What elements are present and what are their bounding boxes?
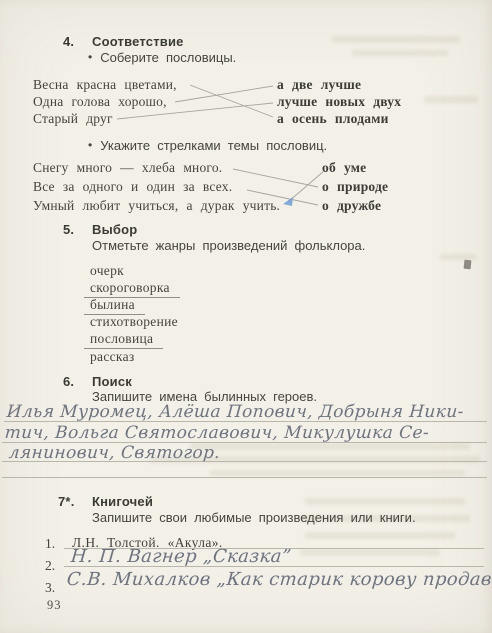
match1-left-item[interactable]: Одна голова хорошо, xyxy=(33,94,167,110)
match2-left-item[interactable]: Снегу много — хлеба много. xyxy=(33,160,222,176)
section-5-number: 5. xyxy=(63,222,74,237)
bleed-through-mark xyxy=(305,532,455,539)
list-item-number: 2. xyxy=(45,558,55,574)
ink-smudge xyxy=(464,260,472,270)
book-entry-handwritten[interactable]: С.В. Михалков „Как старик корову продава… xyxy=(66,569,492,590)
section-4-task-1: Соберите пословицы. xyxy=(88,50,236,65)
bleed-through-mark xyxy=(300,549,440,556)
section-7-task: Запишите свои любимые произведения или к… xyxy=(92,510,416,525)
page-number: 93 xyxy=(47,598,62,613)
match1-right-item[interactable]: а осень плодами xyxy=(277,111,389,127)
match-line xyxy=(190,85,273,117)
genre-option-marked[interactable]: былина xyxy=(84,297,145,315)
section-4-title: Соответствие xyxy=(92,34,184,49)
list-item-number: 3. xyxy=(45,580,55,596)
section-4-task-2: Укажите стрелками темы пословиц. xyxy=(88,138,327,153)
bleed-through-mark xyxy=(305,498,465,505)
handwritten-answer-line: Илья Муромец, Алёша Попович, Добрыня Ник… xyxy=(6,402,464,422)
bleed-through-mark xyxy=(210,470,465,476)
blue-arrowhead xyxy=(283,197,293,206)
match2-left-item[interactable]: Все за одного и один за всех. xyxy=(33,179,232,195)
answer-rule-line[interactable] xyxy=(64,566,484,567)
section-5-task: Отметьте жанры произведений фольклора. xyxy=(92,238,365,253)
match2-right-item[interactable]: о природе xyxy=(322,179,388,195)
genre-option-marked[interactable]: пословица xyxy=(84,331,163,349)
match1-left-item[interactable]: Старый друг xyxy=(33,111,113,127)
bleed-through-mark xyxy=(332,36,460,43)
list-item-number: 1. xyxy=(45,536,55,552)
match1-right-item[interactable]: лучше новых двух xyxy=(277,94,401,110)
section-4-number: 4. xyxy=(63,34,74,49)
match2-right-item[interactable]: об уме xyxy=(322,160,366,176)
genre-option-marked[interactable]: скороговорка xyxy=(84,280,180,298)
match1-left-item[interactable]: Весна красна цветами, xyxy=(33,77,177,93)
bleed-through-mark xyxy=(424,96,478,103)
answer-rule-line[interactable] xyxy=(2,477,487,478)
match-line xyxy=(175,86,273,102)
bleed-through-mark xyxy=(190,443,470,450)
match2-left-item[interactable]: Умный любит учиться, а дурак учить. xyxy=(33,198,280,214)
handwritten-answer-line: лянинович, Святогор. xyxy=(8,443,221,463)
section-6-title: Поиск xyxy=(92,374,132,389)
match1-right-item[interactable]: а две лучше xyxy=(277,77,361,93)
match2-right-item[interactable]: о дружбе xyxy=(322,198,381,214)
section-7-title: Книгочей xyxy=(92,494,153,509)
section-6-number: 6. xyxy=(63,374,74,389)
match-line xyxy=(233,169,318,187)
match-line xyxy=(288,171,324,202)
genre-option[interactable]: очерк xyxy=(90,263,124,279)
workbook-page: 4. Соответствие Соберите пословицы. Весн… xyxy=(0,0,492,633)
genre-option[interactable]: стихотворение xyxy=(90,314,178,330)
handwritten-answer-line: тич, Вольга Святославович, Микулушка Се- xyxy=(4,423,430,443)
section-5-title: Выбор xyxy=(92,222,137,237)
bleed-through-mark xyxy=(440,254,476,260)
bleed-through-mark xyxy=(352,50,448,56)
section-7-number: 7*. xyxy=(58,494,75,509)
book-entry-handwritten[interactable]: Н. П. Вагнер „Сказка” xyxy=(70,546,292,567)
genre-option[interactable]: рассказ xyxy=(90,349,135,365)
